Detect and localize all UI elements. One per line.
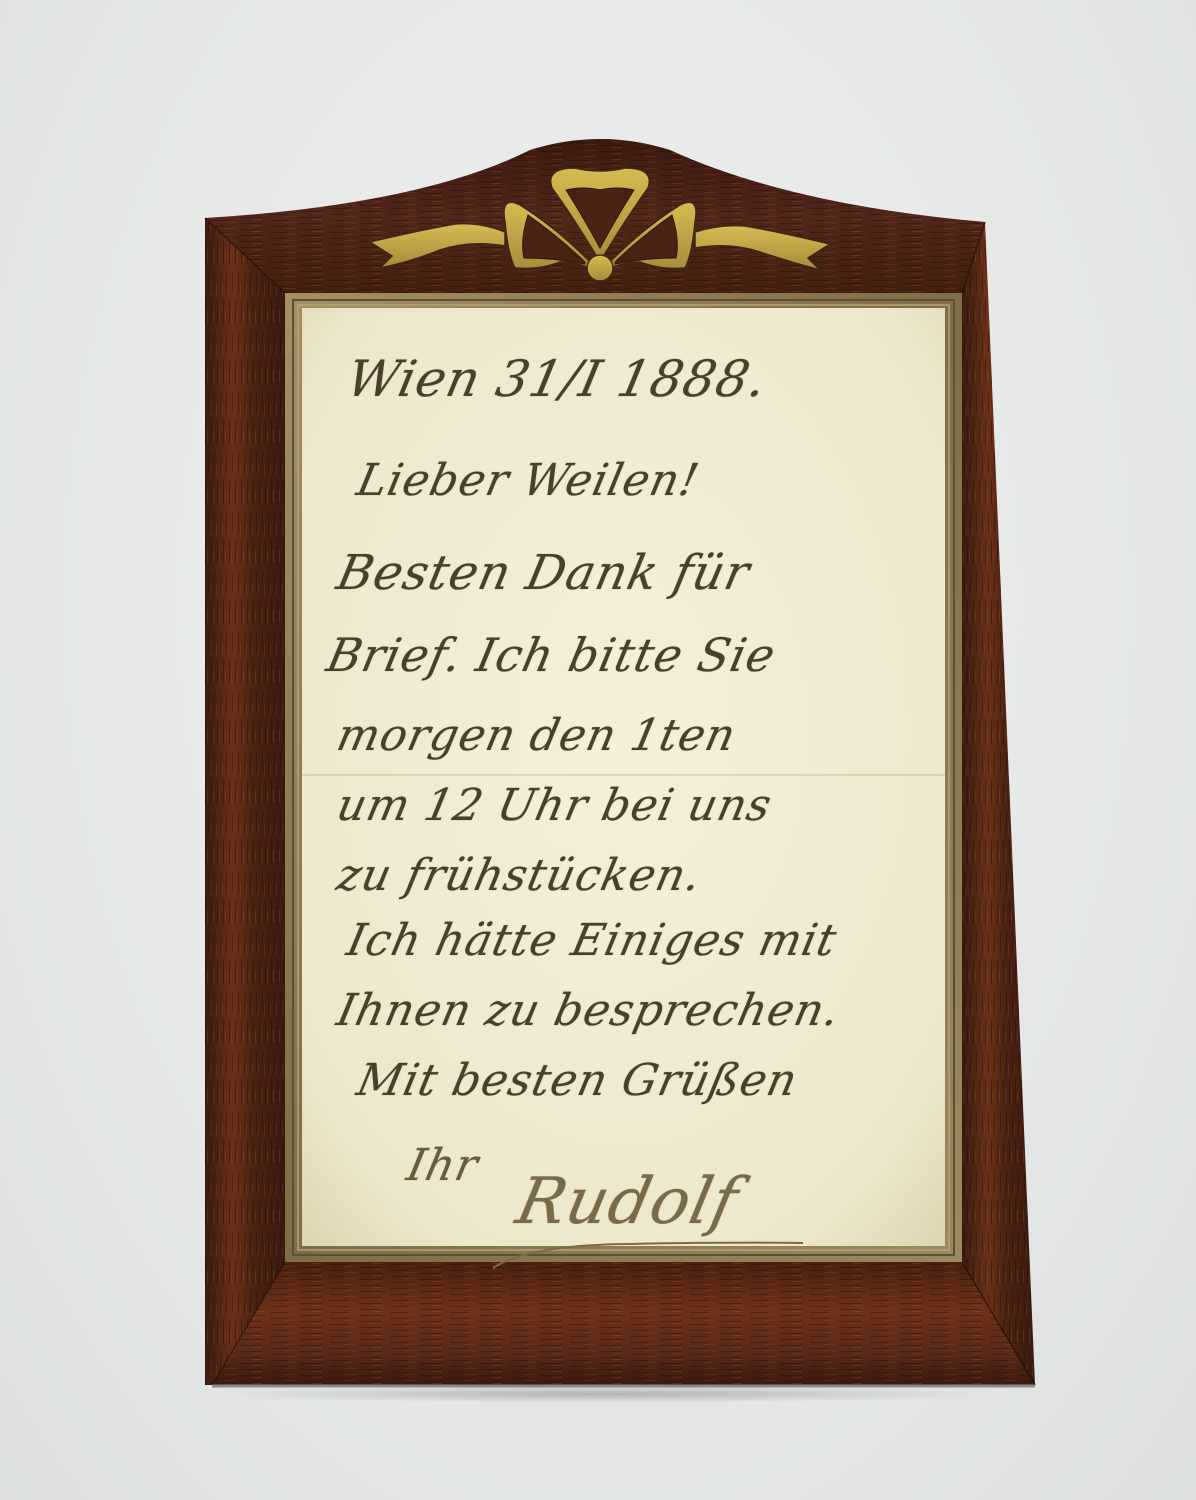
handwritten-letter: Wien 31/I 1888. Lieber Weilen! Besten Da… xyxy=(318,310,938,1240)
letter-line: Brief. Ich bitte Sie xyxy=(322,628,780,682)
letter-line: zu frühstücken. xyxy=(333,850,707,901)
letter-line: Ihnen zu besprechen. xyxy=(333,985,845,1036)
letter-closing: Ihr xyxy=(403,1140,484,1191)
letter-greeting: Lieber Weilen! xyxy=(353,455,704,506)
framed-letter-photo: Wien 31/I 1888. Lieber Weilen! Besten Da… xyxy=(0,0,1196,1500)
letter-line: Ich hätte Einiges mit xyxy=(343,915,842,966)
letter-signature: Rudolf xyxy=(510,1165,745,1239)
letter-line: Mit besten Grüßen xyxy=(353,1055,803,1106)
letter-line: Besten Dank für xyxy=(332,545,755,601)
letter-line: um 12 Uhr bei uns xyxy=(333,780,777,831)
letter-line: morgen den 1ten xyxy=(333,710,741,761)
letter-date: Wien 31/I 1888. xyxy=(342,350,773,408)
signature-flourish xyxy=(488,1240,808,1270)
